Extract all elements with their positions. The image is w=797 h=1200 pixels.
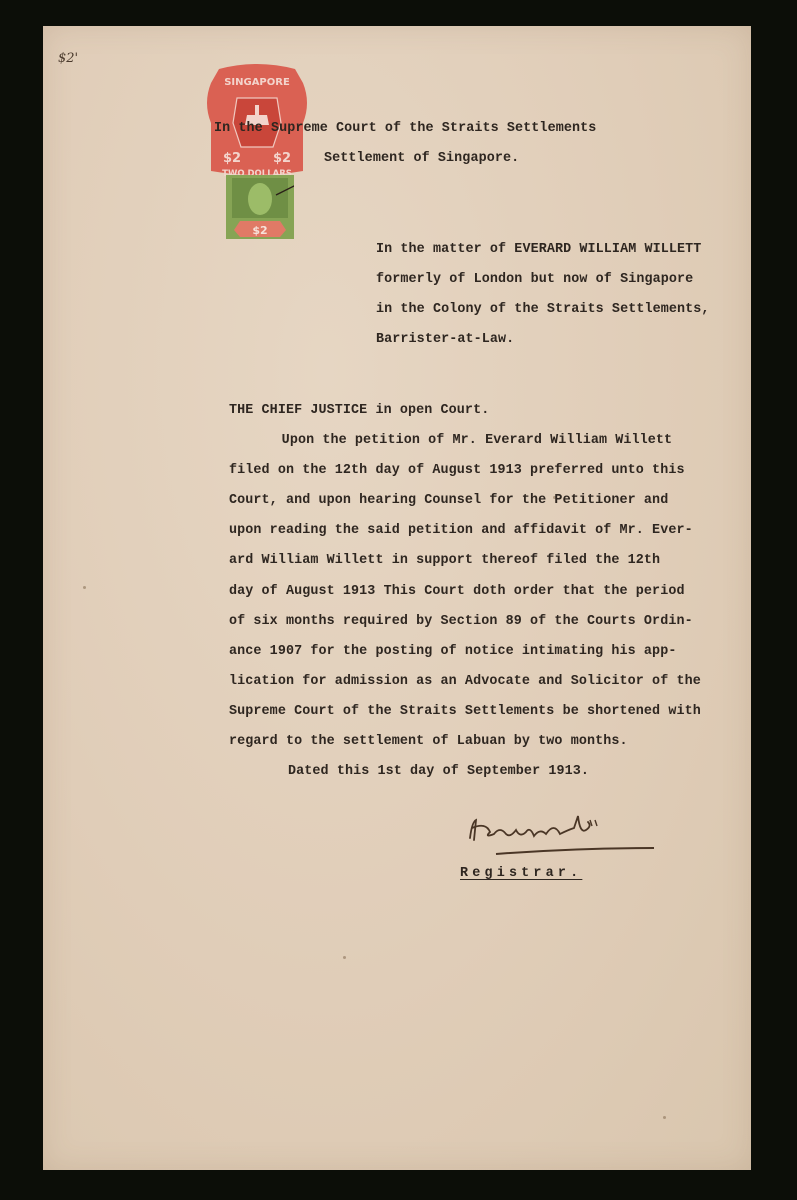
svg-text:$2: $2 bbox=[223, 151, 241, 166]
matter-line: In the matter of EVERARD WILLIAM WILLETT bbox=[376, 242, 701, 257]
svg-text:$2: $2 bbox=[252, 224, 267, 237]
body-line: Supreme Court of the Straits Settlements… bbox=[229, 704, 701, 719]
settlement-heading: Settlement of Singapore. bbox=[324, 151, 519, 166]
body-line: upon reading the said petition and affid… bbox=[229, 523, 693, 538]
body-line: Upon the petition of Mr. Everard William… bbox=[241, 433, 672, 448]
paper-stain bbox=[663, 1116, 666, 1119]
body-line: lication for admission as an Advocate an… bbox=[229, 674, 701, 689]
body-line: day of August 1913 This Court doth order… bbox=[229, 584, 685, 599]
registrar-title: Registrar. bbox=[460, 866, 582, 881]
body-line: of six months required by Section 89 of … bbox=[229, 614, 693, 629]
body-line: Court, and upon hearing Counsel for the … bbox=[229, 493, 668, 508]
body-line: regard to the settlement of Labuan by tw… bbox=[229, 734, 628, 749]
court-heading: In the Supreme Court of the Straits Sett… bbox=[214, 121, 596, 136]
svg-text:$2: $2 bbox=[273, 151, 291, 166]
registrar-signature-icon bbox=[464, 808, 664, 860]
margin-note: $2' bbox=[58, 51, 78, 66]
matter-line: in the Colony of the Straits Settlements… bbox=[376, 302, 710, 317]
matter-line: formerly of London but now of Singapore bbox=[376, 272, 693, 287]
presiding-line: THE CHIEF JUSTICE in open Court. bbox=[229, 403, 489, 418]
svg-text:SINGAPORE: SINGAPORE bbox=[224, 77, 290, 88]
matter-line: Barrister-at-Law. bbox=[376, 332, 514, 347]
paper-stain bbox=[83, 586, 86, 589]
paper-stain bbox=[343, 956, 346, 959]
body-line: ance 1907 for the posting of notice inti… bbox=[229, 644, 676, 659]
body-line: filed on the 12th day of August 1913 pre… bbox=[229, 463, 685, 478]
body-line: ard William Willett in support thereof f… bbox=[229, 553, 660, 568]
dated-line: Dated this 1st day of September 1913. bbox=[288, 764, 589, 779]
postage-revenue-stamp-icon: $2 bbox=[226, 175, 294, 239]
